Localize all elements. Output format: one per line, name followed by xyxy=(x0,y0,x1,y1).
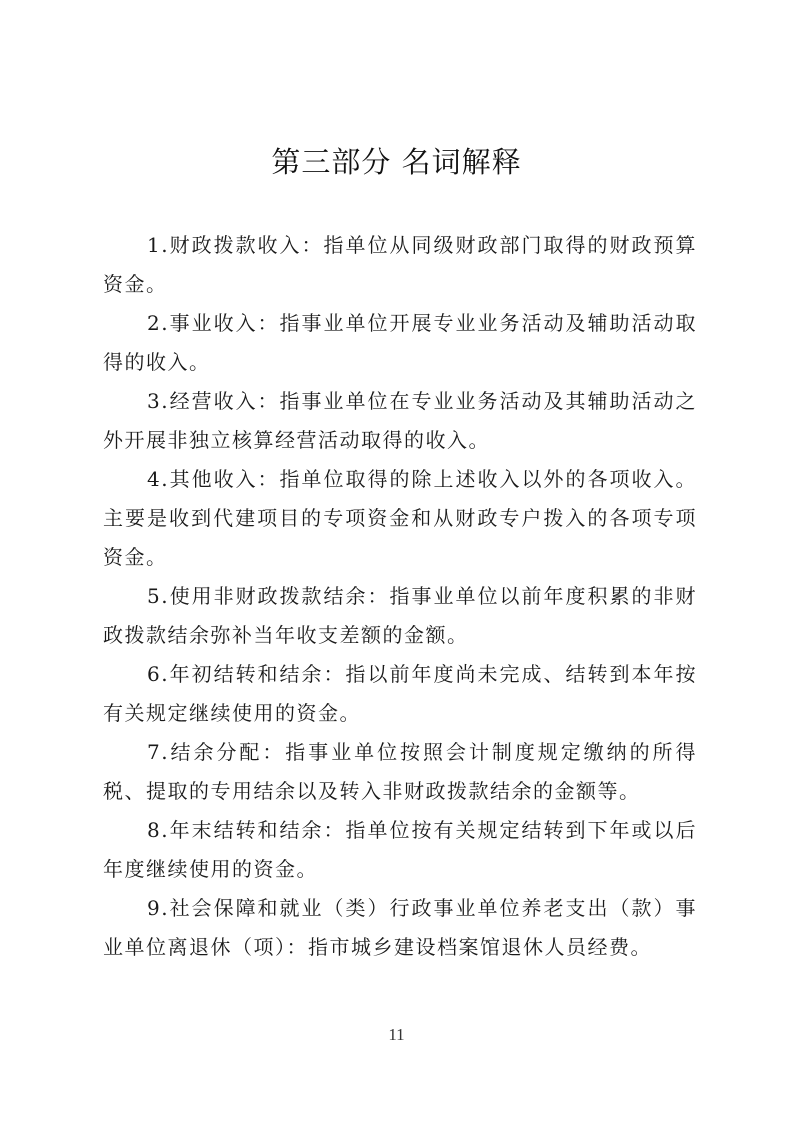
page-title: 第三部分 名词解释 xyxy=(0,140,793,181)
definition-paragraph: 5.使用非财政拨款结余：指事业单位以前年度积累的非财政拨款结余弥补当年收支差额的… xyxy=(103,577,697,655)
definition-paragraph: 7.结余分配：指事业单位按照会计制度规定缴纳的所得税、提取的专用结余以及转入非财… xyxy=(103,733,697,811)
definition-paragraph: 1.财政拨款收入：指单位从同级财政部门取得的财政预算资金。 xyxy=(103,226,697,304)
page-number: 11 xyxy=(0,1025,793,1045)
definition-paragraph: 9.社会保障和就业（类）行政事业单位养老支出（款）事业单位离退休（项）：指市城乡… xyxy=(103,889,697,967)
definition-paragraph: 8.年末结转和结余：指单位按有关规定结转到下年或以后年度继续使用的资金。 xyxy=(103,811,697,889)
definition-paragraph: 6.年初结转和结余：指以前年度尚未完成、结转到本年按有关规定继续使用的资金。 xyxy=(103,655,697,733)
definition-paragraph: 3.经营收入：指事业单位在专业业务活动及其辅助活动之外开展非独立核算经营活动取得… xyxy=(103,382,697,460)
document-page: 第三部分 名词解释 1.财政拨款收入：指单位从同级财政部门取得的财政预算资金。 … xyxy=(0,0,793,1122)
definitions-list: 1.财政拨款收入：指单位从同级财政部门取得的财政预算资金。 2.事业收入：指事业… xyxy=(103,226,697,967)
definition-paragraph: 4.其他收入：指单位取得的除上述收入以外的各项收入。主要是收到代建项目的专项资金… xyxy=(103,460,697,577)
definition-paragraph: 2.事业收入：指事业单位开展专业业务活动及辅助活动取得的收入。 xyxy=(103,304,697,382)
